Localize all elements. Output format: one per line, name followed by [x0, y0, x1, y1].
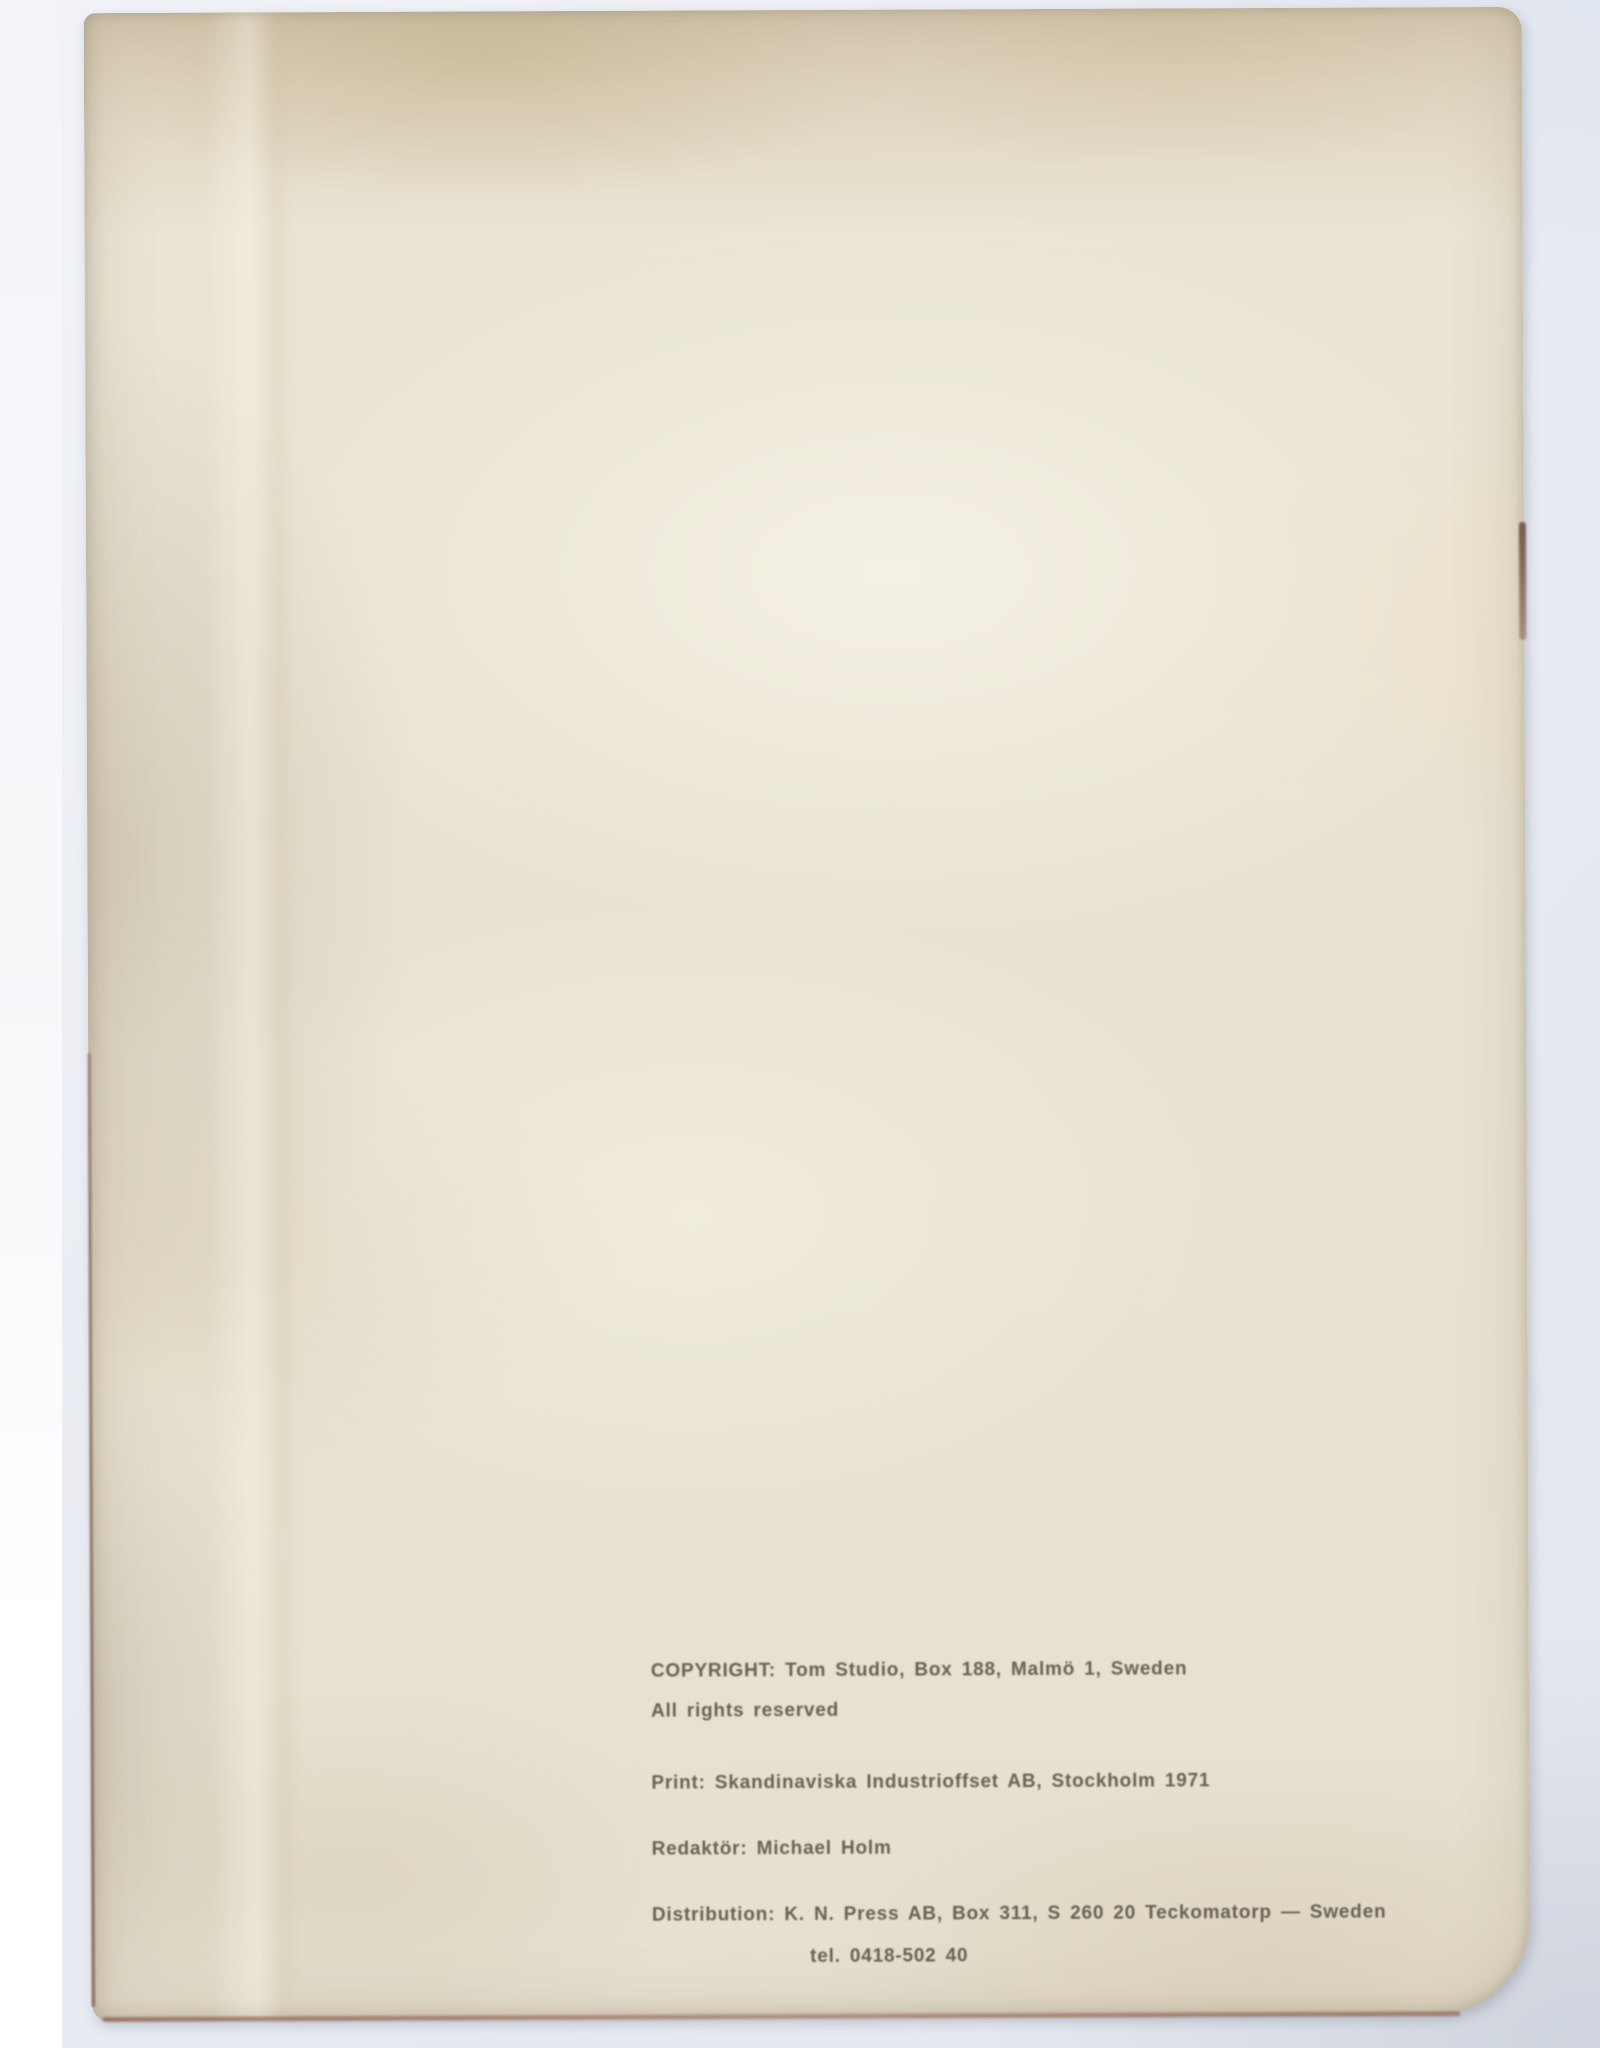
paper-crease [204, 12, 303, 2020]
distribution-line: Distribution: K. N. Press AB, Box 311, S… [652, 1901, 1387, 1926]
telephone-line: tel. 0418-502 40 [810, 1945, 968, 1968]
photo-left-highlight [0, 0, 62, 2048]
editor-line: Redaktör: Michael Holm [652, 1838, 892, 1861]
colophon-block: COPYRIGHT: Tom Studio, Box 188, Malmö 1,… [651, 1657, 1472, 1991]
left-edge-wear-mark [87, 1053, 95, 2007]
photo-background: COPYRIGHT: Tom Studio, Box 188, Malmö 1,… [0, 0, 1600, 2048]
right-edge-wear-mark [1519, 522, 1527, 640]
booklet-back-cover: COPYRIGHT: Tom Studio, Box 188, Malmö 1,… [84, 7, 1531, 2021]
bottom-edge-wear-mark [102, 2011, 1460, 2022]
rights-reserved-line: All rights reserved [651, 1700, 839, 1723]
copyright-line: COPYRIGHT: Tom Studio, Box 188, Malmö 1,… [651, 1658, 1188, 1682]
printer-line: Print: Skandinaviska Industrioffset AB, … [651, 1770, 1210, 1794]
